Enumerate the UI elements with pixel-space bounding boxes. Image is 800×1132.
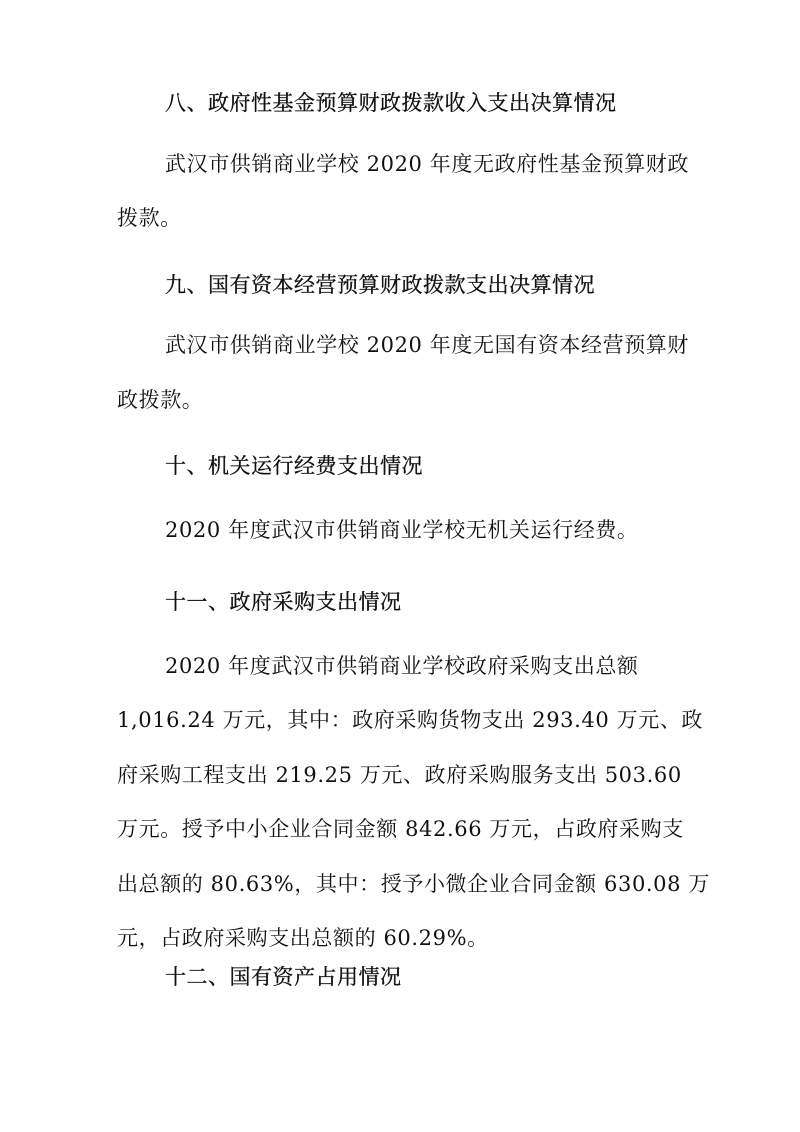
paragraph-line: 拨款。 [117,205,182,231]
paragraph-line: 2020 年度武汉市供销商业学校政府采购支出总额 [165,653,639,679]
paragraph-line: 元，占政府采购支出总额的 60.29%。 [117,925,489,951]
section-heading-8: 八、政府性基金预算财政拨款收入支出决算情况 [165,90,617,116]
paragraph-line: 府采购工程支出 219.25 万元、政府采购服务支出 503.60 [117,762,682,788]
paragraph-line: 2020 年度武汉市供销商业学校无机关运行经费。 [165,517,639,543]
section-heading-11: 十一、政府采购支出情况 [165,589,402,615]
paragraph-line: 万元。授予中小企业合同金额 842.66 万元，占政府采购支 [117,816,684,842]
paragraph-line: 出总额的 80.63%，其中：授予小微企业合同金额 630.08 万 [117,871,710,897]
paragraph-line: 政拨款。 [117,387,203,413]
paragraph-line: 1,016.24 万元，其中：政府采购货物支出 293.40 万元、政 [117,707,703,733]
section-heading-12: 十二、国有资产占用情况 [165,964,402,990]
section-heading-10: 十、机关运行经费支出情况 [165,453,423,479]
section-heading-9: 九、国有资本经营预算财政拨款支出决算情况 [165,272,595,298]
paragraph-line: 武汉市供销商业学校 2020 年度无国有资本经营预算财 [165,332,689,358]
paragraph-line: 武汉市供销商业学校 2020 年度无政府性基金预算财政 [165,151,689,177]
